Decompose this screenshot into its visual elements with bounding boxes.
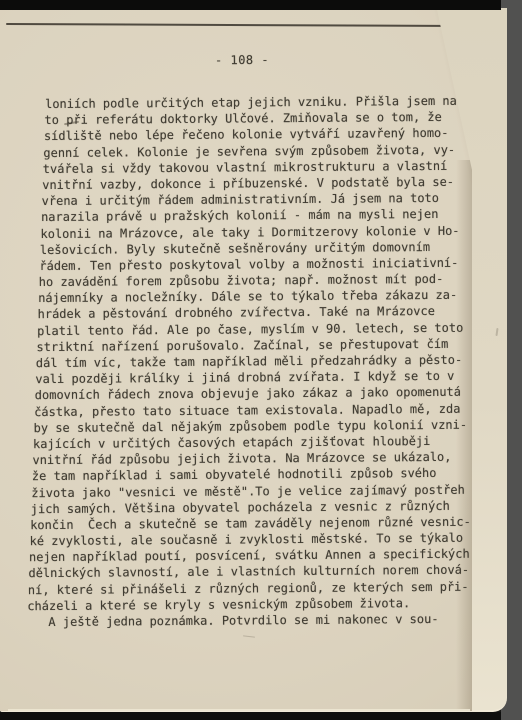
typewritten-text: loniích podle určitých etap jejich vznik… <box>0 93 484 631</box>
scan-top-bar <box>0 0 501 10</box>
page-bottom-edge-line <box>8 709 470 711</box>
scanned-document-page: - 108 - loniích podle určitých etap jeji… <box>0 0 522 720</box>
page-top-edge-line <box>6 23 462 27</box>
page-number: - 108 - <box>215 53 269 67</box>
scan-bottom-bar <box>0 712 501 720</box>
paper-speck <box>243 635 255 638</box>
